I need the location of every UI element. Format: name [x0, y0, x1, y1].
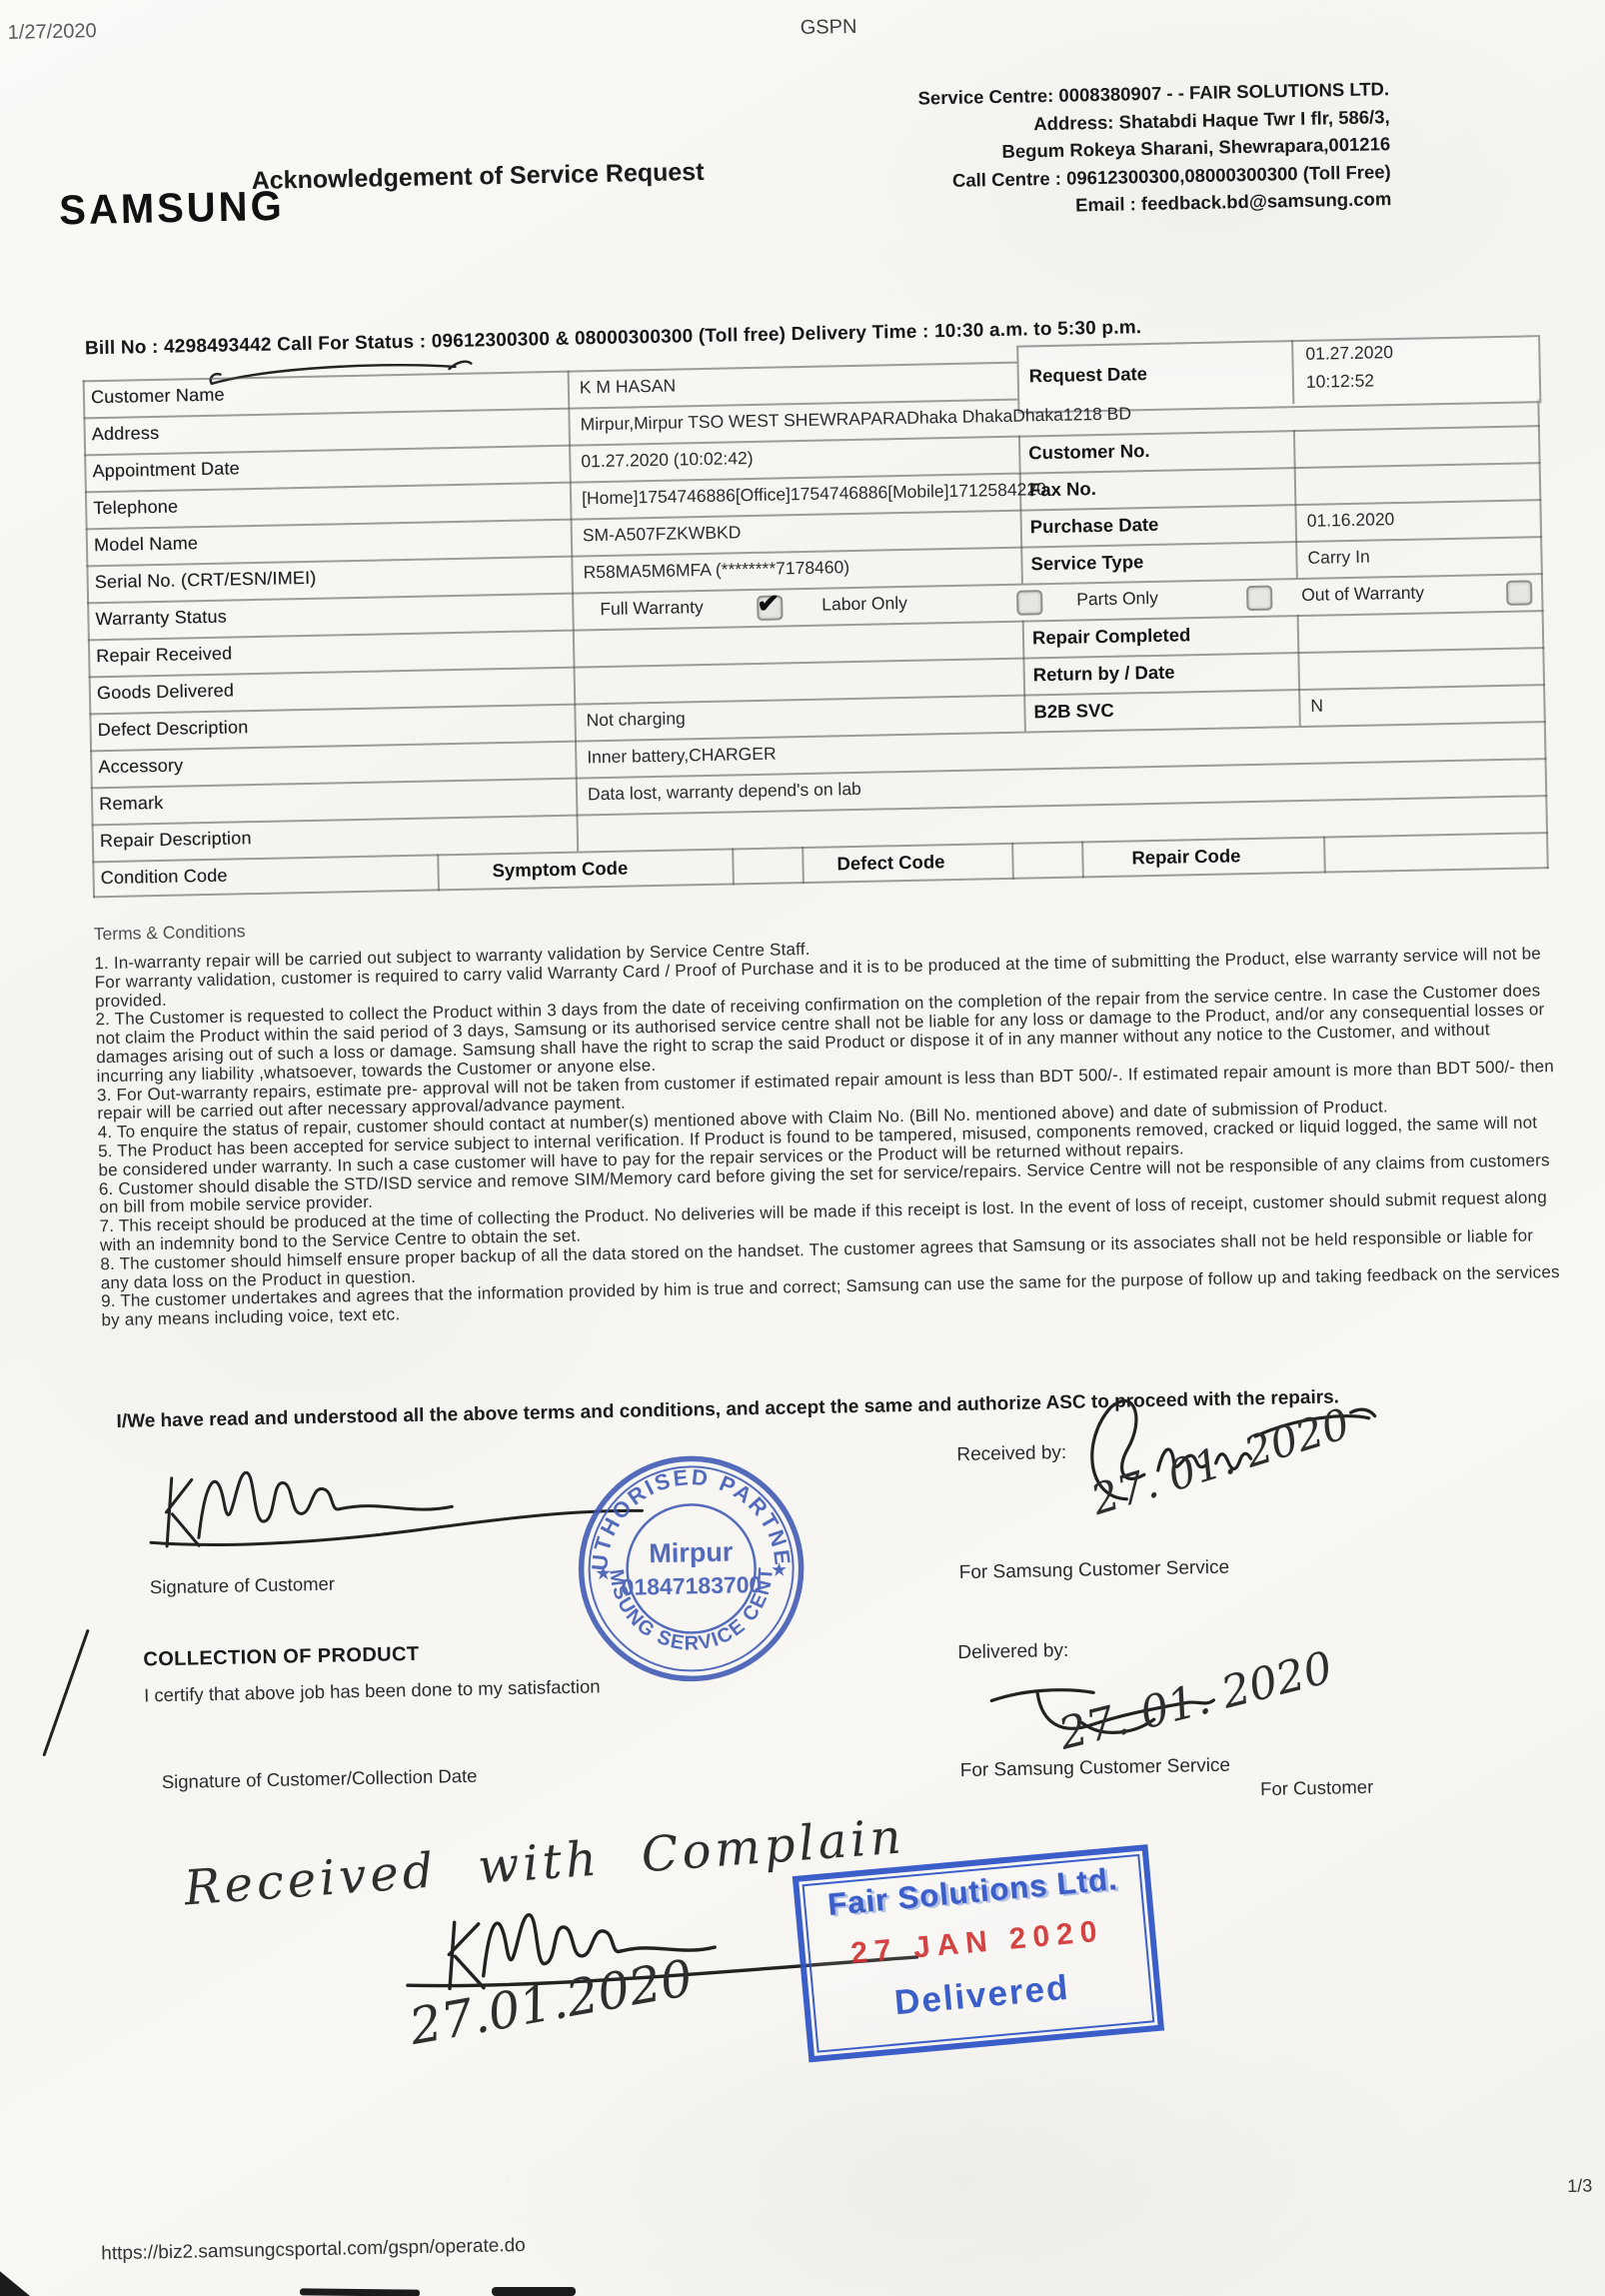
for-samsung-customer-service-2: For Samsung Customer Service	[960, 1755, 1231, 1782]
address-label: Address	[92, 423, 160, 445]
remark-label: Remark	[99, 793, 164, 815]
collection-of-product-heading: COLLECTION OF PRODUCT	[143, 1643, 420, 1672]
condition-code-label: Condition Code	[100, 866, 227, 890]
received-by-label: Received by:	[956, 1442, 1066, 1466]
delivered-by-label: Delivered by:	[957, 1640, 1068, 1664]
customer-name-label: Customer Name	[91, 385, 225, 409]
repair-description-label: Repair Description	[100, 828, 252, 852]
for-samsung-customer-service-1: For Samsung Customer Service	[959, 1557, 1230, 1584]
symptom-code-label: Symptom Code	[492, 858, 628, 883]
warranty-option-label: Full Warranty	[600, 597, 704, 620]
scan-edge-mark	[300, 2288, 420, 2296]
repair-code-label: Repair Code	[1131, 845, 1240, 869]
return-by-date-label: Return by / Date	[1033, 662, 1175, 687]
authorised-partner-stamp: AUTHORISED PARTNER SAMSUNG SERVICE CENTE…	[574, 1451, 808, 1686]
service-request-table: Request Date 01.27.2020 10:12:52 Custome…	[83, 351, 1549, 898]
repair-completed-label: Repair Completed	[1032, 624, 1191, 649]
service-type-value: Carry In	[1307, 547, 1370, 569]
b2b-svc-label: B2B SVC	[1033, 700, 1114, 724]
checkbox-out-of-warranty	[1506, 580, 1532, 606]
model-name-value: SM-A507FZKWBKD	[583, 522, 742, 546]
checkbox-parts-only	[1246, 586, 1272, 612]
serial-value: R58MA5M6MFA (********7178460)	[583, 557, 849, 583]
accessory-value: Inner battery,CHARGER	[587, 744, 777, 769]
checkbox-labor-only	[1016, 590, 1042, 616]
stamp-centre-line1: Mirpur	[649, 1537, 734, 1569]
for-customer-label: For Customer	[1260, 1776, 1373, 1800]
defect-description-value: Not charging	[586, 708, 686, 731]
star-icon: ★	[595, 1563, 612, 1584]
warranty-option-label: Out of Warranty	[1301, 583, 1424, 606]
scan-corner-date: 1/27/2020	[7, 20, 96, 45]
pen-mark	[36, 1625, 99, 1761]
appointment-date-value: 01.27.2020 (10:02:42)	[581, 448, 754, 472]
repair-received-label: Repair Received	[96, 643, 232, 667]
goods-delivered-label: Goods Delivered	[97, 680, 234, 704]
footer-url: https://biz2.samsungcsportal.com/gspn/op…	[101, 2235, 526, 2266]
request-date-label: Request Date	[1029, 363, 1148, 387]
terms-heading: Terms & Conditions	[94, 921, 246, 945]
bill-number-line: Bill No : 4298493442 Call For Status : 0…	[85, 317, 1142, 360]
scan-edge-mark	[0, 2263, 30, 2296]
b2b-svc-value: N	[1310, 696, 1323, 717]
purchase-date-label: Purchase Date	[1030, 514, 1159, 539]
remark-value: Data lost, warranty depend's on lab	[588, 779, 861, 805]
page-title: Acknowledgement of Service Request	[251, 158, 704, 196]
request-time-value: 10:12:52	[1306, 370, 1375, 392]
model-name-label: Model Name	[94, 533, 198, 556]
appointment-date-label: Appointment Date	[92, 458, 240, 482]
address-value: Mirpur,Mirpur TSO WEST SHEWRAPARADhaka D…	[580, 403, 1131, 435]
document-content: 1/27/2020 GSPN SAMSUNG Acknowledgement o…	[0, 0, 1605, 2296]
collection-signature-label: Signature of Customer/Collection Date	[162, 1765, 478, 1793]
system-label: GSPN	[801, 16, 857, 40]
warranty-option-label: Labor Only	[821, 593, 907, 616]
accessory-label: Accessory	[98, 755, 183, 778]
customer-no-label: Customer No.	[1028, 440, 1150, 464]
serial-label: Serial No. (CRT/ESN/IMEI)	[95, 568, 317, 593]
terms-and-conditions: 1. In-warranty repair will be carried ou…	[94, 926, 1562, 1330]
collection-certify-text: I certify that above job has been done t…	[144, 1675, 601, 1706]
warranty-status-label: Warranty Status	[95, 607, 227, 631]
service-centre-block: Service Centre: 0008380907 - - FAIR SOLU…	[917, 75, 1391, 222]
purchase-date-value: 01.16.2020	[1307, 509, 1395, 532]
service-type-label: Service Type	[1030, 551, 1143, 575]
customer-signature-label: Signature of Customer	[150, 1573, 335, 1599]
defect-description-label: Defect Description	[97, 717, 248, 741]
star-icon: ★	[771, 1559, 788, 1580]
stamp-centre-line2: 01847183700	[621, 1571, 762, 1600]
scan-edge-mark	[492, 2287, 576, 2296]
telephone-value: [Home]1754746886[Office]1754746886[Mobil…	[582, 479, 1046, 509]
fax-no-label: Fax No.	[1029, 478, 1096, 501]
warranty-option-label: Parts Only	[1076, 588, 1158, 611]
fair-solutions-delivered-stamp: Fair Solutions Ltd. 27 JAN 2020 Delivere…	[793, 1844, 1164, 2062]
request-date-value: 01.27.2020	[1305, 342, 1393, 365]
page-number: 1/3	[1567, 2175, 1592, 2196]
scanned-document-page: 1/27/2020 GSPN SAMSUNG Acknowledgement o…	[0, 0, 1605, 2296]
customer-name-value: K M HASAN	[580, 376, 677, 399]
checkbox-full-warranty	[757, 595, 783, 621]
telephone-label: Telephone	[93, 497, 178, 520]
defect-code-label: Defect Code	[836, 851, 944, 875]
